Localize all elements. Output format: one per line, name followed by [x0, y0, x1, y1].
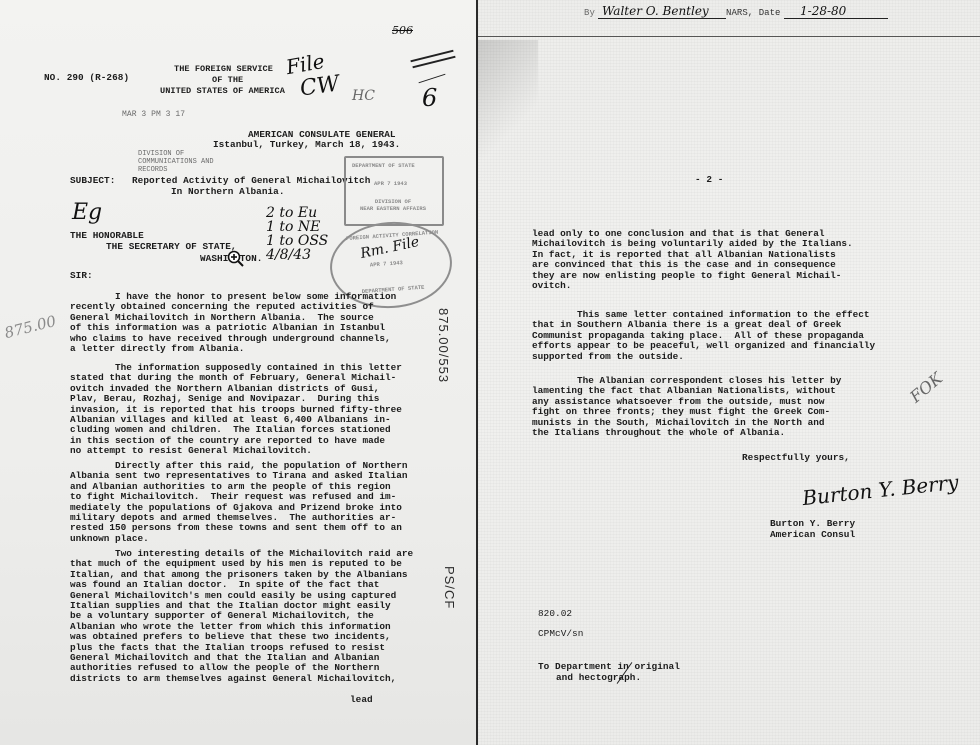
- magnifier-plus-icon[interactable]: [227, 250, 245, 268]
- handwritten-initials-cw: CW: [298, 71, 341, 101]
- subject-label: SUBJECT:: [70, 176, 115, 187]
- stamp-date: APR 7 1943: [374, 180, 407, 187]
- typist-initials: CPMcV/sn: [538, 629, 583, 640]
- body-paragraph-2: The information supposedly contained in …: [70, 363, 402, 457]
- handwritten-margin-number: 875.00: [3, 312, 58, 342]
- letterhead-line-2: OF THE: [212, 75, 243, 86]
- file-code: 820.02: [538, 609, 572, 620]
- body-paragraph-4: Two interesting details of the Michailov…: [70, 549, 413, 684]
- routing-code-vertical: PS/CF: [442, 566, 457, 609]
- declassification-by-label: By: [584, 8, 595, 19]
- body-paragraph-3: Directly after this raid, the population…: [70, 461, 408, 544]
- document-number: NO. 290 (R-268): [44, 73, 129, 84]
- received-stamp: MAR 3 PM 3 17: [122, 110, 185, 121]
- subject-line-1: Reported Activity of General Michailovit…: [132, 176, 370, 187]
- signer-name: Burton Y. Berry: [770, 519, 855, 530]
- subject-line-2: In Northern Albania.: [171, 187, 285, 198]
- department-received-stamp: DEPARTMENT OF STATE APR 7 1943 DIVISION …: [344, 156, 444, 226]
- handwritten-eg: Eg: [72, 200, 102, 225]
- place-date: Istanbul, Turkey, March 18, 1943.: [213, 140, 400, 151]
- stamp-header: DEPARTMENT OF STATE: [352, 162, 415, 169]
- letterhead-line-1: THE FOREIGN SERVICE: [174, 64, 273, 75]
- handwritten-stroke: [419, 74, 446, 84]
- distribution-line-2: and hectograph.: [556, 673, 641, 684]
- closing: Respectfully yours,: [742, 453, 850, 464]
- addressee-line-1: THE HONORABLE: [70, 231, 144, 242]
- body-paragraph-1: I have the honor to present below some i…: [70, 292, 396, 354]
- declassification-date: 1-28-80: [800, 4, 846, 18]
- document-page-2: By Walter O. Bentley NARS, Date 1-28-80 …: [478, 0, 980, 745]
- body-paragraph-7: The Albanian correspondent closes his le…: [532, 376, 841, 438]
- salutation: SIR:: [70, 271, 93, 282]
- handwritten-margin-note: FOK: [906, 369, 946, 407]
- oval-stamp-top: FOREIGN ACTIVITY CORRELATION: [346, 229, 439, 242]
- signer-title: American Consul: [770, 530, 855, 541]
- separator-line: [478, 36, 980, 37]
- signature-underline: [598, 18, 726, 19]
- letterhead-line-3: UNITED STATES OF AMERICA: [160, 86, 285, 97]
- addressee-line-2: THE SECRETARY OF STATE,: [106, 242, 237, 253]
- distribution-line-1: To Department in original: [538, 662, 680, 673]
- handwritten-signature: Burton Y. Berry: [801, 470, 959, 510]
- date-underline: [784, 18, 888, 19]
- handwritten-number: 6: [422, 84, 437, 112]
- handwritten-mark-top: 506: [392, 24, 413, 37]
- page-number: - 2 -: [695, 175, 723, 186]
- handwritten-routing: 2 to Eu 1 to NE 1 to OSS 4/8/43: [266, 206, 328, 262]
- document-page-1: 506 NO. 290 (R-268) THE FOREIGN SERVICE …: [0, 0, 476, 745]
- file-number-vertical: 875.00/553: [436, 308, 451, 383]
- oval-stamp-middle: APR 7 1943: [370, 259, 403, 268]
- declassification-agency: NARS, Date: [726, 8, 781, 19]
- stamp-division: DIVISION OF NEAR EASTERN AFFAIRS: [360, 198, 426, 212]
- division-stamp: DIVISION OF COMMUNICATIONS AND RECORDS: [138, 150, 218, 174]
- catchword: lead: [350, 695, 373, 706]
- body-paragraph-5: lead only to one conclusion and that is …: [532, 229, 853, 291]
- body-paragraph-6: This same letter contained information t…: [532, 310, 875, 362]
- handwritten-initials-hc: HC: [352, 88, 375, 104]
- declassification-signature: Walter O. Bentley: [602, 4, 709, 18]
- page-fold-shadow: [478, 40, 538, 160]
